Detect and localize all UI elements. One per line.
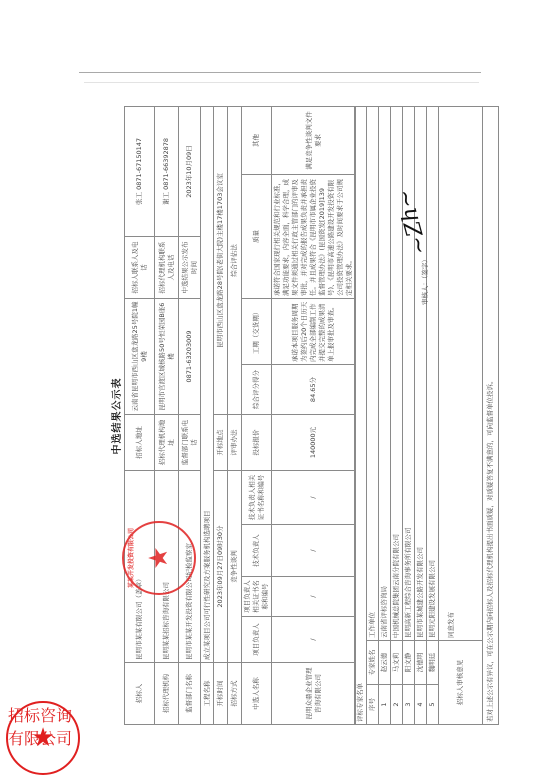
star-icon: ★ [146, 546, 172, 569]
agency-seal: 招标咨询有限公司 ★ [6, 701, 80, 775]
table-row: 招标人 昆明市某某有限公司（盖章） 招标人地址 云南省昆明市西山区盘龙路25号院… [125, 106, 155, 724]
table-row: 招标代理机构 昆明某某招标咨询有限公司 招标代理机构地址 昆明市官渡区城核路50… [155, 106, 179, 724]
tenderer-seal: 某某开发投资有限公司 ★ [122, 521, 196, 595]
winner-header-row: 中选人名称 项目负责人 项目负责人相关证书名称和编号 技术负责人 技术负责人相关… [242, 106, 272, 724]
experts-table: 评标专家名单 序号 专家姓名 工作单位 1 赵云德 云南省评标咨询局 2 马文莉… [354, 106, 499, 725]
table-row: 监督部门名称 昆明市某某开发投资有限公司纪检监察室 监督部门联系电话 0871-… [179, 106, 201, 724]
result-table: 招标人 昆明市某某有限公司（盖章） 招标人地址 云南省昆明市西山区盘龙路25号院… [124, 106, 356, 725]
footer-row: 若对上述公示有异议，可在公示期内向招标人及招标代理机构提出书面质疑，对质疑答复不… [483, 106, 499, 724]
winner-row: 昆明众鼎企业管理咨询有限公司 / / / / 140000元 84.65分 承诺… [272, 106, 356, 724]
experts-header-row: 序号 专家姓名 工作单位 [367, 106, 379, 724]
top-rule-faint [84, 82, 479, 83]
table-row: 开标时间 2023年09月27日09时30分 开标地点 昆明市西山区盘龙路28号… [214, 106, 228, 724]
review-row: 招标人审核意见 同意发布 [439, 106, 483, 724]
document-title: 中选结果公示表 [108, 107, 122, 725]
table-row: 1 赵云德 云南省评标咨询局 [379, 106, 391, 724]
top-rule [79, 72, 481, 73]
experts-title-row: 评标专家名单 [355, 106, 367, 724]
table-row: 工程名称 成立某项目公司可行性研究及方案服务机构选聘项目 [201, 106, 214, 724]
rotated-document: 招标咨询有限公司 ★ 中选结果公示表 招标人 昆明市某某有限公司（盖章） 招标人… [108, 107, 451, 725]
reviewer-label: 审核人：（签字） [420, 256, 429, 305]
table-row: 5 魏明廷 昆明元阳建设发展有限公司 [427, 106, 439, 724]
table-row: 招标方式 竞争性谈判 评审办法 综合评估法 [228, 106, 242, 724]
star-icon: ★ [31, 723, 54, 753]
